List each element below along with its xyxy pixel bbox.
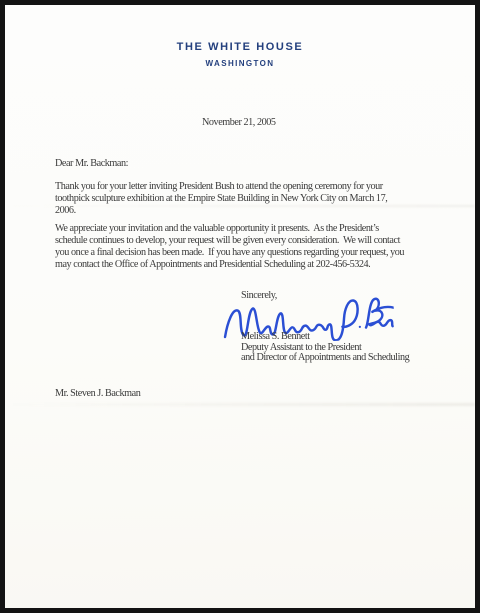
date-line: November 21, 2005 bbox=[202, 117, 276, 129]
signer-name: Melissa S. Bennett bbox=[241, 332, 409, 343]
paragraph-1: Thank you for your letter inviting Presi… bbox=[55, 181, 387, 217]
paragraph-line: may contact the Office of Appointments a… bbox=[55, 259, 404, 271]
paragraph-2: We appreciate your invitation and the va… bbox=[55, 223, 404, 271]
signature-block: Melissa S. Bennett Deputy Assistant to t… bbox=[241, 332, 409, 364]
paragraph-line: schedule continues to develop, your requ… bbox=[55, 235, 404, 247]
salutation: Dear Mr. Backman: bbox=[55, 158, 128, 170]
paragraph-line: toothpick sculpture exhibition at the Em… bbox=[55, 193, 387, 205]
letterhead-title: THE WHITE HOUSE bbox=[5, 41, 475, 53]
paragraph-line: We appreciate your invitation and the va… bbox=[55, 223, 404, 235]
signature-stroke-bennett bbox=[365, 298, 393, 328]
paper: THE WHITE HOUSE WASHINGTON November 21, … bbox=[5, 5, 475, 608]
paragraph-line: 2006. bbox=[55, 205, 387, 217]
signer-title-line-2: and Director of Appointments and Schedul… bbox=[241, 353, 409, 364]
letterhead-subtitle: WASHINGTON bbox=[5, 59, 475, 68]
paragraph-line: you once a final decision has been made.… bbox=[55, 247, 404, 259]
signature-stroke-t-crossbar bbox=[372, 307, 394, 312]
recipient-name: Mr. Steven J. Backman bbox=[55, 388, 140, 400]
scanned-letter: THE WHITE HOUSE WASHINGTON November 21, … bbox=[0, 0, 480, 613]
signature-period-dot bbox=[359, 326, 361, 328]
paragraph-line: Thank you for your letter inviting Presi… bbox=[55, 181, 387, 193]
paper-crease bbox=[5, 403, 475, 406]
